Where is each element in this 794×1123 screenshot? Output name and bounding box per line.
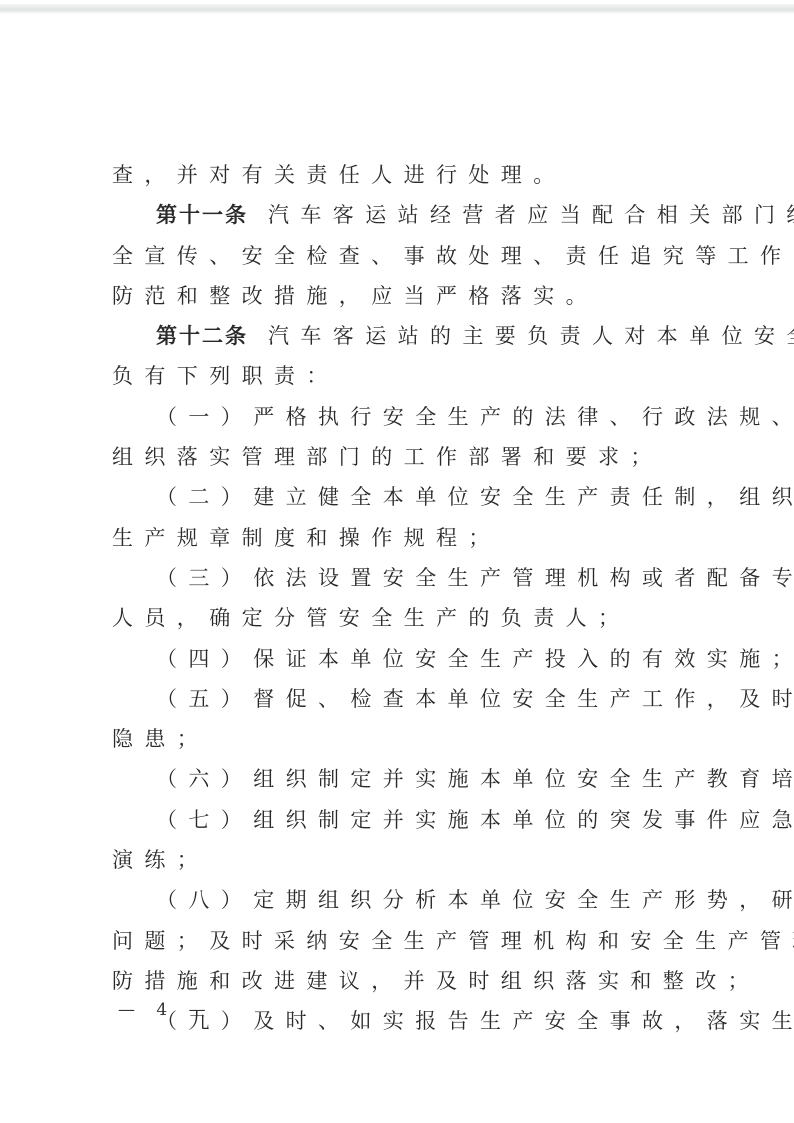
text-line: 问题；及时采纳安全生产管理机构和安全生产管理人员提出的预 — [112, 921, 702, 961]
scan-edge — [0, 4, 794, 14]
text-line: 全宣传、安全检查、事故处理、责任追究等工作，对相关部门提出的 — [112, 236, 702, 276]
text-line: 防措施和改进建议，并及时组织落实和整改； — [112, 961, 702, 1001]
article-12-line: 第十二条汽车客运站的主要负责人对本单位安全生产工作 — [112, 316, 702, 356]
text-line: 隐患； — [112, 719, 702, 759]
text-line: 汽车客运站的主要负责人对本单位安全生产工作 — [268, 324, 794, 348]
document-body: 查，并对有关责任人进行处理。 第十一条汽车客运站经营者应当配合相关部门组织开展安… — [112, 155, 702, 1042]
text-line: （三）依法设置安全生产管理机构或者配备专职安全生产管理 — [112, 558, 702, 598]
text-line: 查，并对有关责任人进行处理。 — [112, 155, 702, 195]
text-line: 汽车客运站经营者应当配合相关部门组织开展安 — [268, 203, 794, 227]
article-11-line: 第十一条汽车客运站经营者应当配合相关部门组织开展安 — [112, 195, 702, 235]
text-line: 人员，确定分管安全生产的负责人； — [112, 598, 702, 638]
text-line: （一）严格执行安全生产的法律、行政法规、规章、政策和标准， — [112, 397, 702, 437]
text-line: （二）建立健全本单位安全生产责任制，组织制定本单位安全 — [112, 477, 702, 517]
article-label: 第十一条 — [156, 203, 248, 227]
article-label: 第十二条 — [156, 324, 248, 348]
text-line: 组织落实管理部门的工作部署和要求； — [112, 437, 702, 477]
text-line: 生产规章制度和操作规程； — [112, 518, 702, 558]
text-line: （五）督促、检查本单位安全生产工作，及时消除生产安全事故 — [112, 679, 702, 719]
text-line: （七）组织制定并实施本单位的突发事件应急预案，开展应急 — [112, 800, 702, 840]
text-line: （八）定期组织分析本单位安全生产形势，研究解决重大安全 — [112, 880, 702, 920]
text-line: （六）组织制定并实施本单位安全生产教育培训计划； — [112, 759, 702, 799]
text-line: 防范和整改措施，应当严格落实。 — [112, 276, 702, 316]
text-line: （四）保证本单位安全生产投入的有效实施； — [112, 639, 702, 679]
page-number: — 4 — — [118, 1000, 214, 1020]
text-line: 演练； — [112, 840, 702, 880]
text-line: 负有下列职责： — [112, 356, 702, 396]
